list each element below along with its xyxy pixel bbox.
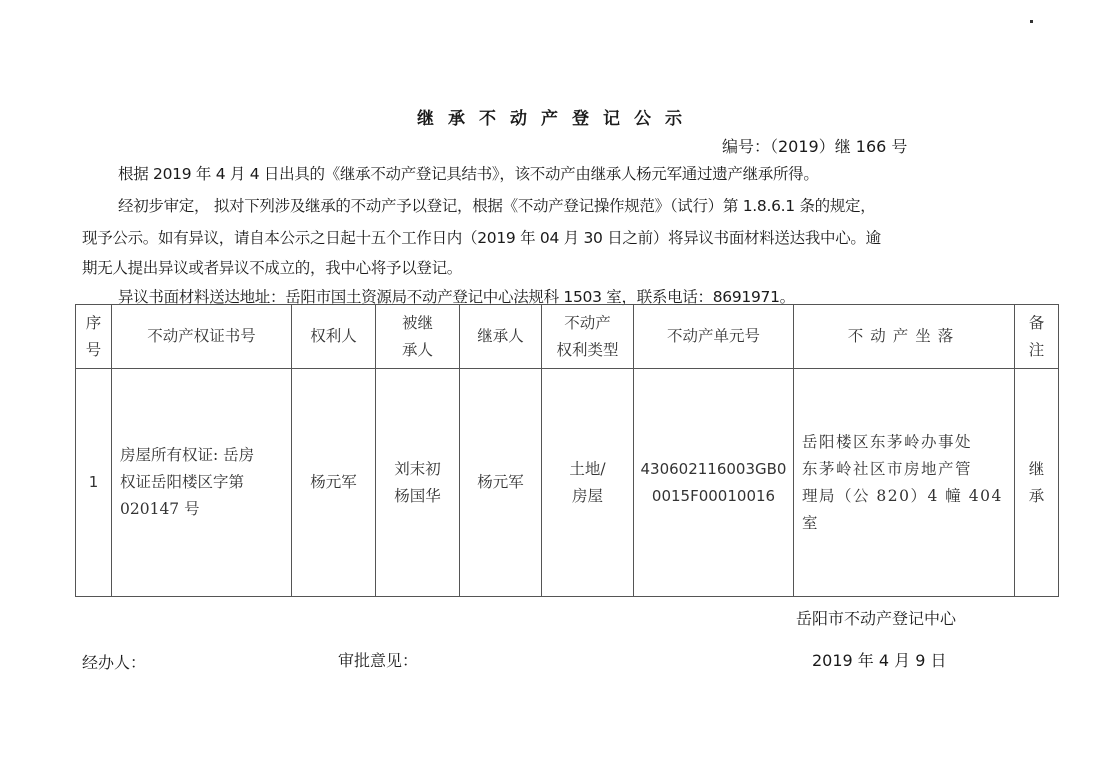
header-decedent: 被继承人 [376,305,460,369]
approval-label: 审批意见： [338,648,418,671]
cell-heir: 杨元军 [460,369,542,597]
header-certificate: 不动产权证书号 [112,305,292,369]
header-right-holder: 权利人 [292,305,376,369]
issue-date: 2019 年 4 月 9 日 [812,648,947,671]
scan-speck [1030,20,1033,23]
paragraph-objection-period: 现予公示。如有异议，请自本公示之日起十五个工作日内（2019 年 04 月 30… [82,226,881,248]
handler-label: 经办人： [82,650,146,673]
paragraph-review: 经初步审定， 拟对下列涉及继承的不动产予以登记，根据《不动产登记操作规范》（试行… [118,194,875,216]
issuing-organization: 岳阳市不动产登记中心 [796,606,956,629]
cell-right-holder: 杨元军 [292,369,376,597]
cell-index: 1 [76,369,112,597]
header-index: 序号 [76,305,112,369]
registration-table: 序号 不动产权证书号 权利人 被继承人 继承人 不动产权利类型 不动产单元号 不… [75,304,1059,597]
header-unit-number: 不动产单元号 [634,305,794,369]
page-title: 继承不动产登记公示 [0,104,1099,129]
header-location: 不动产坐落 [794,305,1015,369]
cell-certificate: 房屋所有权证: 岳房 权证岳阳楼区字第 020147 号 [112,369,292,597]
cell-decedent: 刘末初 杨国华 [376,369,460,597]
cell-remark: 继 承 [1015,369,1059,597]
cell-location: 岳阳楼区东茅岭办事处 东茅岭社区市房地产管 理局（公 820）4 幢 404 室 [794,369,1015,597]
cell-unit-number: 430602116003GB0 0015F00010016 [634,369,794,597]
paragraph-registration: 期无人提出异议或者异议不成立的，我中心将予以登记。 [82,256,462,278]
table-header-row: 序号 不动产权证书号 权利人 被继承人 继承人 不动产权利类型 不动产单元号 不… [76,305,1059,369]
header-remark: 备注 [1015,305,1059,369]
table-row: 1 房屋所有权证: 岳房 权证岳阳楼区字第 020147 号 杨元军 刘末初 杨… [76,369,1059,597]
document-number: 编号：（2019）继 166 号 [722,134,907,157]
header-heir: 继承人 [460,305,542,369]
header-right-type: 不动产权利类型 [542,305,634,369]
cell-right-type: 土地/ 房屋 [542,369,634,597]
paragraph-basis: 根据 2019 年 4 月 4 日出具的《继承不动产登记具结书》，该不动产由继承… [118,162,819,184]
